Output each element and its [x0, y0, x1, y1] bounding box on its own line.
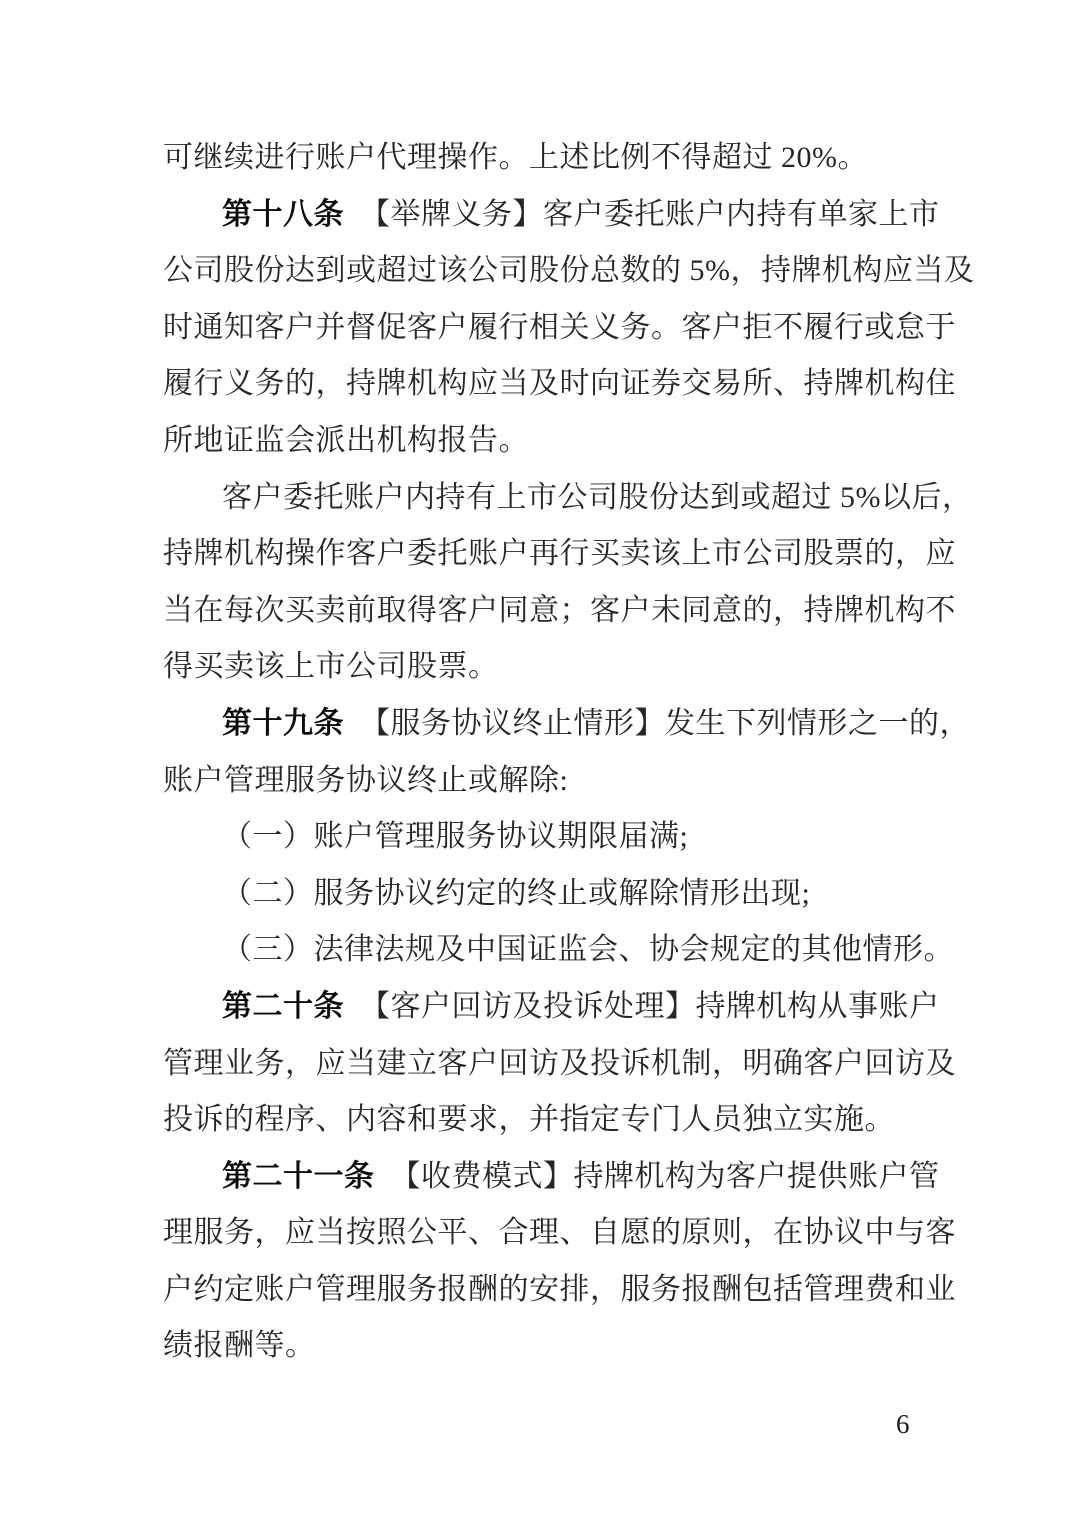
list-item: （二）服务协议约定的终止或解除情形出现; [163, 866, 918, 923]
line-text: 持牌机构操作客户委托账户再行买卖该上市公司股票的，应 [163, 537, 956, 570]
line-text: 履行义务的，持牌机构应当及时向证券交易所、持牌机构住 [163, 367, 956, 400]
text-line: 户约定账户管理服务报酬的安排，服务报酬包括管理费和业 [163, 1262, 918, 1319]
line-text: 理服务，应当按照公平、合理、自愿的原则，在协议中与客 [163, 1216, 956, 1249]
text-line: 所地证监会派出机构报告。 [163, 413, 918, 470]
line-text: 【收费模式】持牌机构为客户提供账户管 [391, 1160, 940, 1193]
line-text: （二）服务协议约定的终止或解除情形出现; [222, 877, 810, 910]
line-text: 投诉的程序、内容和要求，并指定专门人员独立实施。 [163, 1103, 895, 1136]
list-item: （三）法律法规及中国证监会、协会规定的其他情形。 [163, 922, 918, 979]
line-text: （一）账户管理服务协议期限届满; [222, 820, 688, 853]
text-block: 可继续进行账户代理操作。上述比例不得超过 20%。 第十八条【举牌义务】客户委托… [163, 130, 918, 1375]
text-line: 第二十一条【收费模式】持牌机构为客户提供账户管 [163, 1149, 918, 1206]
text-line: 当在每次买卖前取得客户同意；客户未同意的，持牌机构不 [163, 583, 918, 640]
line-text: 管理业务，应当建立客户回访及投诉机制，明确客户回访及 [163, 1047, 956, 1080]
line-text: 户约定账户管理服务报酬的安排，服务报酬包括管理费和业 [163, 1273, 956, 1306]
line-text: 当在每次买卖前取得客户同意；客户未同意的，持牌机构不 [163, 594, 956, 627]
text-line: 绩报酬等。 [163, 1318, 918, 1375]
text-line: 投诉的程序、内容和要求，并指定专门人员独立实施。 [163, 1092, 918, 1149]
document-page: 可继续进行账户代理操作。上述比例不得超过 20%。 第十八条【举牌义务】客户委托… [0, 0, 1080, 1527]
article-number: 第十九条 [222, 707, 344, 740]
text-line: 持牌机构操作客户委托账户再行买卖该上市公司股票的，应 [163, 526, 918, 583]
list-item: （一）账户管理服务协议期限届满; [163, 809, 918, 866]
article-number: 第十八条 [222, 198, 344, 231]
text-line: 管理业务，应当建立客户回访及投诉机制，明确客户回访及 [163, 1036, 918, 1093]
line-text: 【服务协议终止情形】发生下列情形之一的， [360, 707, 970, 740]
text-line: 履行义务的，持牌机构应当及时向证券交易所、持牌机构住 [163, 356, 918, 413]
text-line: 理服务，应当按照公平、合理、自愿的原则，在协议中与客 [163, 1205, 918, 1262]
line-text: 时通知客户并督促客户履行相关义务。客户拒不履行或怠于 [163, 311, 956, 344]
page-number: 6 [896, 1408, 910, 1440]
article-number: 第二十条 [222, 990, 344, 1023]
text-line: 第十九条【服务协议终止情形】发生下列情形之一的， [163, 696, 918, 753]
line-text: 【客户回访及投诉处理】持牌机构从事账户 [360, 990, 940, 1023]
text-line: 账户管理服务协议终止或解除: [163, 753, 918, 810]
line-text: 【举牌义务】客户委托账户内持有单家上市 [360, 198, 940, 231]
article-number: 第二十一条 [222, 1160, 375, 1193]
line-text: 公司股份达到或超过该公司股份总数的 5%，持牌机构应当及 [163, 254, 975, 287]
line-text: （三）法律法规及中国证监会、协会规定的其他情形。 [222, 933, 954, 966]
text-line: 时通知客户并督促客户履行相关义务。客户拒不履行或怠于 [163, 300, 918, 357]
line-text: 所地证监会派出机构报告。 [163, 424, 529, 457]
line-text: 得买卖该上市公司股票。 [163, 650, 499, 683]
text-line: 得买卖该上市公司股票。 [163, 639, 918, 696]
text-line: 公司股份达到或超过该公司股份总数的 5%，持牌机构应当及 [163, 243, 918, 300]
line-text: 绩报酬等。 [163, 1329, 316, 1362]
text-line: 第十八条【举牌义务】客户委托账户内持有单家上市 [163, 187, 918, 244]
text-line: 第二十条【客户回访及投诉处理】持牌机构从事账户 [163, 979, 918, 1036]
text-line: 可继续进行账户代理操作。上述比例不得超过 20%。 [163, 130, 918, 187]
line-text: 客户委托账户内持有上市公司股份达到或超过 5%以后， [222, 481, 973, 514]
line-text: 可继续进行账户代理操作。上述比例不得超过 20%。 [163, 141, 868, 174]
line-text: 账户管理服务协议终止或解除: [163, 764, 568, 797]
text-line: 客户委托账户内持有上市公司股份达到或超过 5%以后， [163, 470, 918, 527]
